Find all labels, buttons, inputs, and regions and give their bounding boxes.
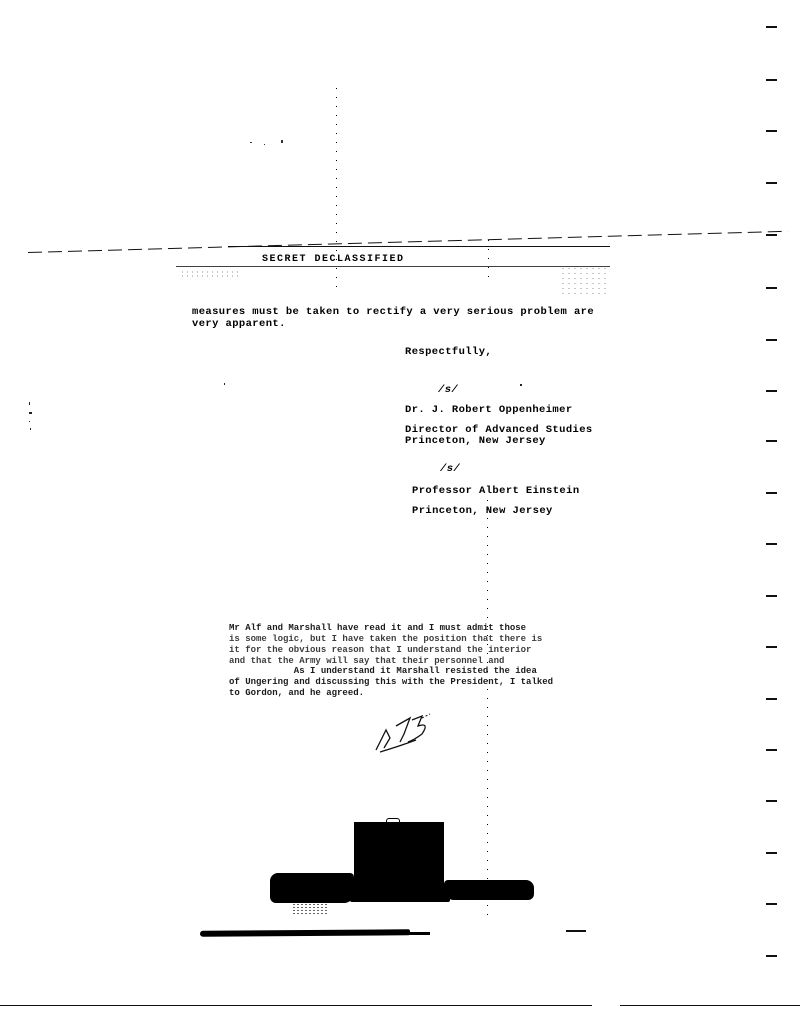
scan-speck (250, 142, 252, 143)
closing: Respectfully, (405, 346, 492, 358)
signatory-title-2: Princeton, New Jersey (412, 505, 553, 517)
edge-tick-mark (766, 339, 777, 341)
edge-tick-mark (766, 390, 777, 392)
header-rule-bottom (176, 266, 610, 267)
scan-speck (29, 421, 30, 422)
edge-tick-mark (766, 595, 777, 597)
edge-tick-mark (766, 492, 777, 494)
scan-speck (29, 412, 32, 414)
signature-mark-1: /s/ (438, 384, 458, 396)
scan-speck (520, 384, 522, 386)
edge-tick-mark (766, 698, 777, 700)
edge-tick-mark (766, 130, 777, 132)
edge-tick-mark (766, 287, 777, 289)
redaction-block (354, 822, 444, 890)
scan-speck (224, 383, 225, 385)
scan-noise (292, 903, 328, 915)
scan-skew-line (28, 231, 788, 253)
memo-line-7: to Gordon, and he agreed. (229, 688, 364, 700)
body-line-1: measures must be taken to rectify a very… (192, 306, 594, 318)
scanned-page: SECRET DECLASSIFIED measures must be tak… (0, 0, 800, 1011)
redaction-bar-tail (370, 932, 430, 935)
redaction-smudge (444, 880, 534, 900)
bottom-rule-left (0, 1005, 592, 1006)
edge-tick-mark (766, 852, 777, 854)
bottom-rule-right (620, 1005, 800, 1006)
signatory-name-1: Dr. J. Robert Oppenheimer (405, 404, 573, 416)
edge-tick-mark (766, 182, 777, 184)
edge-tick-mark (766, 440, 777, 442)
scan-noise (560, 266, 610, 296)
memo-line-5: As I understand it Marshall resisted the… (229, 666, 537, 678)
signatory-name-2: Professor Albert Einstein (412, 485, 580, 497)
edge-tick-mark (766, 903, 777, 905)
signatory-title-1b: Princeton, New Jersey (405, 435, 546, 447)
scan-speck (281, 140, 283, 143)
scan-noise (180, 270, 240, 278)
signature-mark-2: /s/ (440, 463, 460, 475)
edge-tick-mark (766, 646, 777, 648)
scan-speck (30, 428, 31, 430)
classification-stamp: SECRET DECLASSIFIED (262, 254, 405, 266)
scan-speck (264, 144, 265, 145)
edge-tick-mark (766, 800, 777, 802)
redaction-smudge (350, 888, 450, 902)
initials-signature (370, 708, 450, 758)
edge-tick-mark (766, 749, 777, 751)
redaction-smudge (270, 873, 354, 903)
redaction-block-tab (386, 818, 400, 823)
edge-tick-mark (766, 79, 777, 81)
fold-line-right (487, 500, 488, 920)
memo-line-2: is some logic, but I have taken the posi… (229, 634, 542, 646)
edge-tick-mark (766, 955, 777, 957)
scan-rule (566, 930, 586, 932)
edge-tick-mark (766, 234, 777, 236)
header-rule-top (228, 246, 610, 247)
scan-speck (29, 402, 30, 405)
edge-tick-mark (766, 543, 777, 545)
body-line-2: very apparent. (192, 318, 286, 330)
memo-line-1: Mr Alf and Marshall have read it and I m… (229, 623, 526, 635)
memo-line-6: of Ungering and discussing this with the… (229, 677, 553, 689)
edge-tick-mark (766, 26, 777, 28)
memo-line-3: it for the obvious reason that I underst… (229, 645, 531, 657)
